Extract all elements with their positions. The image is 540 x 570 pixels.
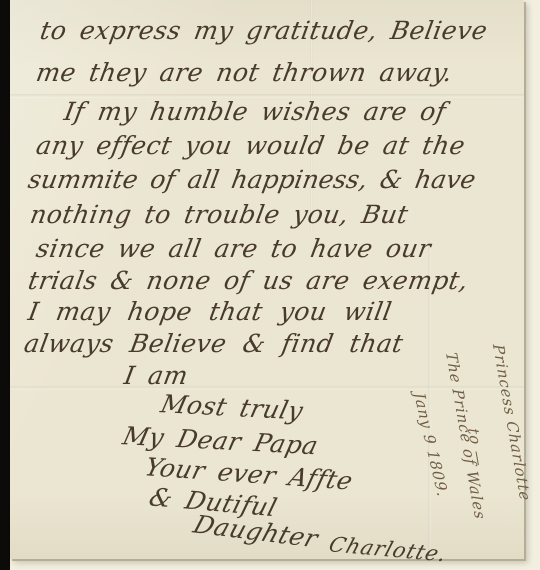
letter-line: since we all are to have our xyxy=(34,234,433,263)
letter-paper: to express my gratitude, Believe me they… xyxy=(10,0,524,559)
closing-line: Daughter xyxy=(190,510,322,553)
closing-line: Most truly xyxy=(158,389,306,425)
letter-line: any effect you would be at the xyxy=(34,131,468,160)
letter-line: trials & none of us are exempt, xyxy=(26,266,471,295)
closing-line: I am xyxy=(122,361,191,390)
scanned-letter-view: to express my gratitude, Believe me they… xyxy=(0,0,540,570)
docket-line: Jany 9 1809. xyxy=(410,392,452,498)
letter-line: If my humble wishes are of xyxy=(62,97,448,126)
letter-line: I may hope that you will xyxy=(26,297,394,326)
letter-line: nothing to trouble you, But xyxy=(28,200,411,229)
letter-line: me they are not thrown away. xyxy=(34,58,455,87)
letter-line: always Believe & find that xyxy=(22,329,406,358)
letter-line: to express my gratitude, Believe xyxy=(38,16,490,45)
letter-line: summite of all happiness, & have xyxy=(26,165,478,194)
